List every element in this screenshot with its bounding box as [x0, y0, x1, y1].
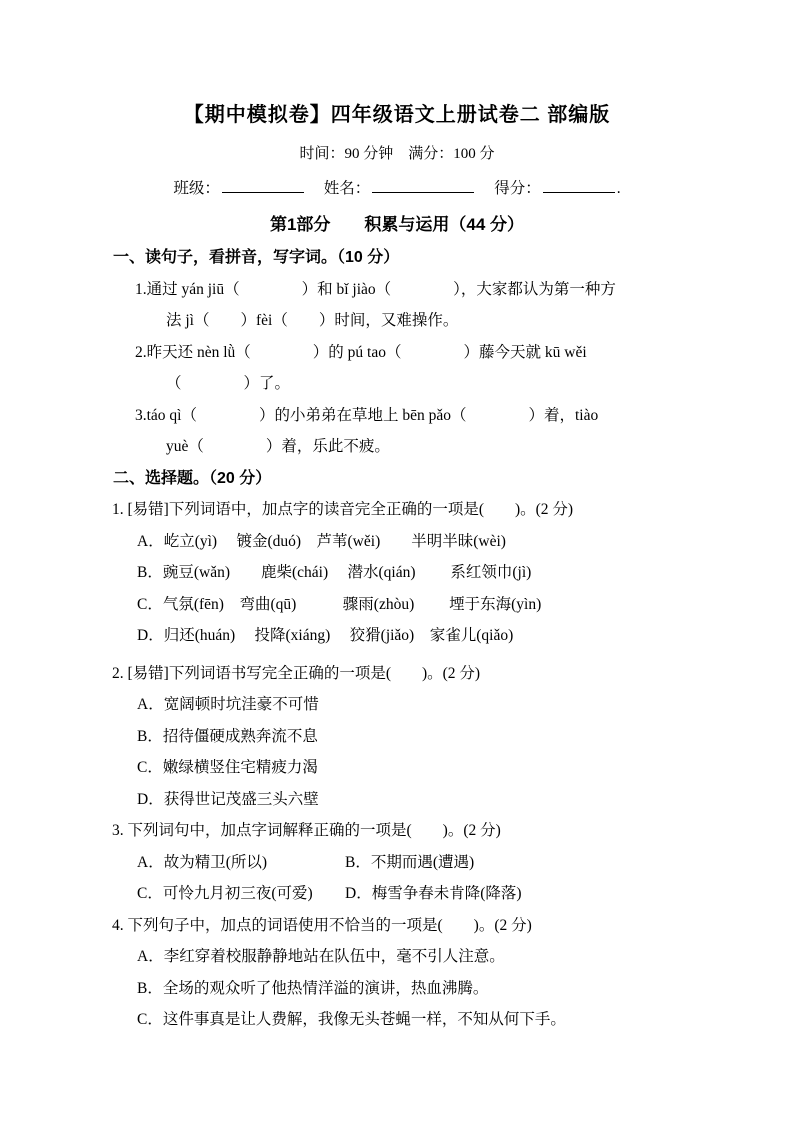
question-3-options-row-2: C．可怜九月初三夜(可爱)D．梅雪争春未肯降(降落)	[137, 878, 794, 910]
question-3-stem: 3. 下列词句中，加点字词解释正确的一项是( )。(2 分)	[112, 815, 794, 847]
paper-body: 一、读句子，看拼音，写字词。（10 分） 1.通过 yán jiū（ ）和 bǐ…	[0, 242, 794, 1036]
pinyin-item-1-line-1: 1.通过 yán jiū（ ）和 bǐ jiào（ ），大家都认为第一种方	[135, 274, 794, 306]
question-3-option-b: B．不期而遇(遭遇)	[345, 854, 474, 871]
question-2-stem: 2. [易错]下列词语书写完全正确的一项是( )。(2 分)	[112, 658, 794, 690]
question-1-option-a: A．屹立(yì) 镀金(duó) 芦苇(wěi) 半明半昧(wèi)	[137, 526, 794, 558]
question-4-option-c: C．这件事真是让人费解，我像无头苍蝇一样，不知从何下手。	[137, 1004, 794, 1036]
question-3-option-a: A．故为精卫(所以)	[137, 847, 345, 879]
class-blank-underline	[222, 177, 304, 193]
question-2-option-a: A．宽阔顿时坑洼豪不可惜	[137, 689, 794, 721]
question-2-option-c: C．嫩绿横竖住宅精疲力渴	[137, 752, 794, 784]
time-score-line: 时间：90 分钟 满分：100 分	[0, 142, 794, 163]
paper-title: 【期中模拟卷】四年级语文上册试卷二 部编版	[0, 0, 794, 127]
question-4-option-b: B．全场的观众听了他热情洋溢的演讲，热血沸腾。	[137, 973, 794, 1005]
pinyin-item-2-line-2: （ ）了。	[166, 368, 794, 400]
exam-paper-page: 【期中模拟卷】四年级语文上册试卷二 部编版 时间：90 分钟 满分：100 分 …	[0, 0, 794, 1123]
part-one-heading: 第1部分 积累与运用（44 分）	[0, 210, 794, 235]
question-4-option-a: A．李红穿着校服静静地站在队伍中，毫不引人注意。	[137, 941, 794, 973]
class-label: 班级：	[173, 180, 220, 197]
section-one-heading: 一、读句子，看拼音，写字词。（10 分）	[113, 242, 794, 274]
pinyin-item-3-line-2: yuè（ ）着，乐此不疲。	[166, 431, 794, 463]
question-1-option-b: B．豌豆(wǎn) 鹿柴(chái) 潜水(qián) 系红领巾(jì)	[137, 557, 794, 589]
score-label: 得分：	[494, 180, 541, 197]
question-4-stem: 4. 下列句子中，加点的词语使用不恰当的一项是( )。(2 分)	[112, 910, 794, 942]
section-two-heading: 二、选择题。（20 分）	[113, 463, 794, 495]
name-blank-underline	[372, 177, 474, 193]
pinyin-item-1-line-2: 法 jì（ ）fèi（ ）时间，又难操作。	[166, 305, 794, 337]
question-3-option-d: D．梅雪争春未肯降(降落)	[345, 885, 522, 902]
trailing-period: .	[617, 180, 621, 197]
question-2-option-b: B．招待僵硬成熟奔流不息	[137, 721, 794, 753]
student-info-row: 班级： 姓名： 得分：.	[0, 176, 794, 198]
question-1-option-c: C．气氛(fēn) 弯曲(qū) 骤雨(zhòu) 堙于东海(yìn)	[137, 589, 794, 621]
pinyin-item-3-line-1: 3.táo qì（ ）的小弟弟在草地上 bēn pǎo（ ）着，tiào	[135, 400, 794, 432]
question-1-stem: 1. [易错]下列词语中，加点字的读音完全正确的一项是( )。(2 分)	[112, 494, 794, 526]
question-3-options-row-1: A．故为精卫(所以)B．不期而遇(遭遇)	[137, 847, 794, 879]
question-1-option-d: D．归还(huán) 投降(xiáng) 狡猾(jiǎo) 家雀儿(qiǎo)	[137, 620, 794, 652]
question-3-option-c: C．可怜九月初三夜(可爱)	[137, 878, 345, 910]
question-2-option-d: D．获得世记茂盛三头六壁	[137, 784, 794, 816]
name-label: 姓名：	[324, 180, 371, 197]
pinyin-item-2-line-1: 2.昨天还 nèn lǜ（ ）的 pú tao（ ）藤今天就 kū wěi	[135, 337, 794, 369]
score-blank-underline	[543, 177, 615, 193]
